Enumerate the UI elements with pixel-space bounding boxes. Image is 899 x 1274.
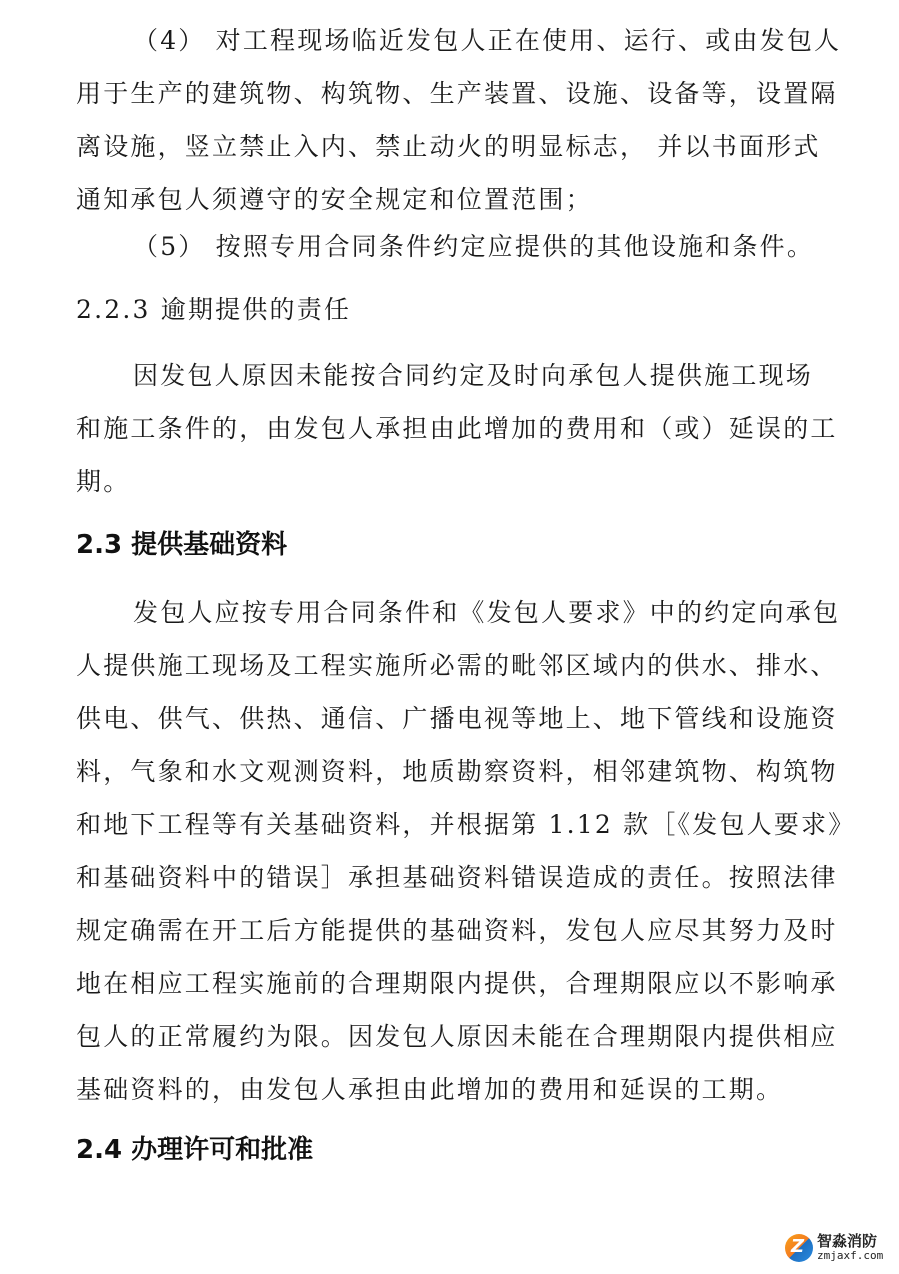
section-heading-2-3: 2.3 提供基础资料 xyxy=(76,529,287,561)
paragraph-line: 用于生产的建筑物、构筑物、生产装置、设施、设备等，设置隔 xyxy=(76,78,838,110)
section-heading-2-4: 2.4 办理许可和批准 xyxy=(76,1134,313,1166)
brand-logo-icon xyxy=(785,1234,813,1262)
paragraph-line: 供电、供气、供热、通信、广播电视等地上、地下管线和设施资 xyxy=(76,703,838,735)
paragraph-line: 期。 xyxy=(76,466,130,498)
paragraph-line: 和地下工程等有关基础资料，并根据第 1.12 款［《发包人要求》 xyxy=(76,809,855,841)
paragraph-line: 基础资料的，由发包人承担由此增加的费用和延误的工期。 xyxy=(76,1074,783,1106)
paragraph-line: 料，气象和水文观测资料，地质勘察资料，相邻建筑物、构筑物 xyxy=(76,756,838,788)
paragraph-line: （5） 按照专用合同条件约定应提供的其他设施和条件。 xyxy=(133,231,814,263)
paragraph-line: 和基础资料中的错误］承担基础资料错误造成的责任。按照法律 xyxy=(76,862,838,894)
watermark-name: 智淼消防 xyxy=(817,1230,877,1251)
section-title-2-2-3: 2.2.3 逾期提供的责任 xyxy=(76,294,351,326)
paragraph-line: 通知承包人须遵守的安全规定和位置范围； xyxy=(76,184,593,216)
paragraph-line: 人提供施工现场及工程实施所必需的毗邻区域内的供水、排水、 xyxy=(76,650,838,682)
paragraph-line: 离设施，竖立禁止入内、禁止动火的明显标志， 并以书面形式 xyxy=(76,131,821,163)
paragraph-line: 规定确需在开工后方能提供的基础资料，发包人应尽其努力及时 xyxy=(76,915,838,947)
watermark: 智淼消防 zmjaxf.com xyxy=(785,1228,895,1268)
paragraph-line: 和施工条件的，由发包人承担由此增加的费用和（或）延误的工 xyxy=(76,413,838,445)
watermark-url: zmjaxf.com xyxy=(817,1249,883,1262)
paragraph-line: 发包人应按专用合同条件和《发包人要求》中的约定向承包 xyxy=(133,597,840,629)
paragraph-line: （4） 对工程现场临近发包人正在使用、运行、或由发包人 xyxy=(133,25,841,57)
paragraph-line: 包人的正常履约为限。因发包人原因未能在合理期限内提供相应 xyxy=(76,1021,838,1053)
paragraph-line: 地在相应工程实施前的合理期限内提供，合理期限应以不影响承 xyxy=(76,968,838,1000)
paragraph-line: 因发包人原因未能按合同约定及时向承包人提供施工现场 xyxy=(133,360,813,392)
